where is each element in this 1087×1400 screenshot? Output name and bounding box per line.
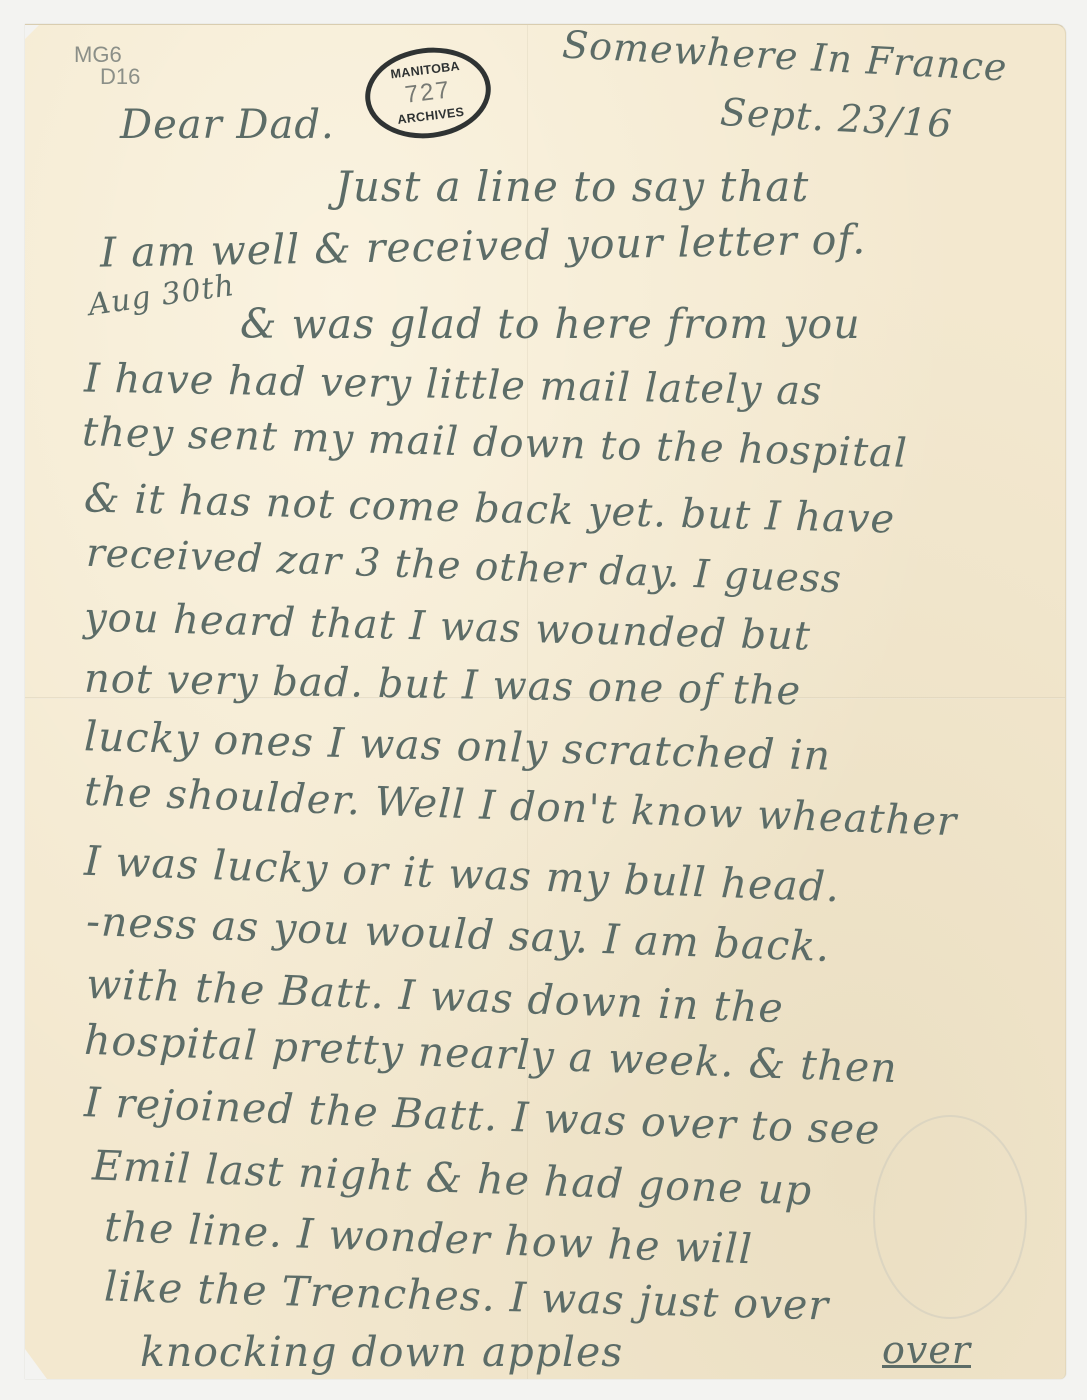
bleed-through-stamp-mark <box>873 1115 1027 1319</box>
letter-line: knocking down apples <box>140 1328 623 1376</box>
torn-corner-bottom-left <box>25 1349 47 1379</box>
continued-over-note: over <box>882 1328 971 1372</box>
torn-corner-top-left <box>25 25 39 39</box>
letter-line: Just a line to say that <box>335 162 809 211</box>
letter-salutation: Dear Dad. <box>120 102 335 148</box>
call-number-line1: MG6 <box>74 44 122 66</box>
letter-line: & was glad to here from you <box>240 300 861 348</box>
call-number-line2: D16 <box>100 66 140 88</box>
